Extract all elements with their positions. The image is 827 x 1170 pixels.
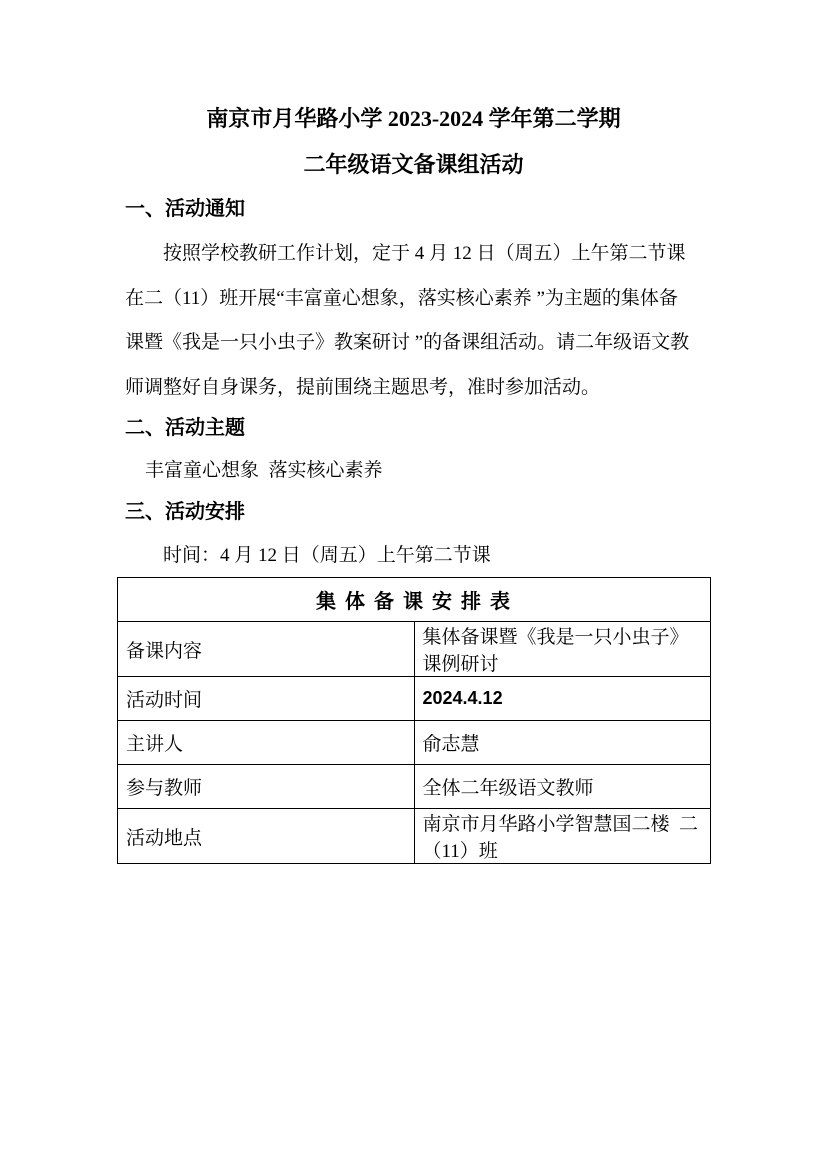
table-row: 参与教师 全体二年级语文教师	[118, 765, 711, 809]
table-row: 主讲人 俞志慧	[118, 721, 711, 765]
row-label: 参与教师	[118, 765, 415, 809]
row-value: 全体二年级语文教师	[414, 765, 711, 809]
row-value: 集体备课暨《我是一只小虫子》课例研讨	[414, 622, 711, 677]
document-page: 南京市月华路小学 2023-2024 学年第二学期 二年级语文备课组活动 一、活…	[0, 0, 827, 1170]
row-label: 主讲人	[118, 721, 415, 765]
theme-text: 丰富童心想象 落实核心素养	[145, 455, 383, 482]
row-label: 备课内容	[118, 622, 415, 677]
section-heading-theme: 二、活动主题	[125, 416, 245, 440]
row-value: 南京市月华路小学智慧国二楼 二（11）班	[414, 809, 711, 864]
section-heading-notice: 一、活动通知	[125, 197, 245, 221]
document-title-line2: 二年级语文备课组活动	[0, 152, 827, 178]
schedule-time: 时间：4 月 12 日（周五）上午第二节课	[163, 540, 491, 567]
table-title-row: 集 体 备 课 安 排 表	[118, 578, 711, 622]
row-label: 活动时间	[118, 677, 415, 721]
paragraph-line: 按照学校教研工作计划，定于 4 月 12 日（周五）上午第二节课	[125, 232, 717, 277]
row-label: 活动地点	[118, 809, 415, 864]
table-row: 活动时间 2024.4.12	[118, 677, 711, 721]
table-title: 集 体 备 课 安 排 表	[118, 578, 711, 622]
paragraph-line: 在二（11）班开展“丰富童心想象，落实核心素养 ”为主题的集体备	[125, 277, 717, 322]
section-heading-schedule: 三、活动安排	[125, 500, 245, 524]
row-value: 2024.4.12	[414, 677, 711, 721]
paragraph-line: 师调整好自身课务，提前围绕主题思考，准时参加活动。	[125, 366, 717, 411]
table-row: 备课内容 集体备课暨《我是一只小虫子》课例研讨	[118, 622, 711, 677]
schedule-table: 集 体 备 课 安 排 表 备课内容 集体备课暨《我是一只小虫子》课例研讨 活动…	[117, 577, 711, 864]
table-row: 活动地点 南京市月华路小学智慧国二楼 二（11）班	[118, 809, 711, 864]
document-title-line1: 南京市月华路小学 2023-2024 学年第二学期	[0, 106, 827, 132]
notice-paragraph: 按照学校教研工作计划，定于 4 月 12 日（周五）上午第二节课 在二（11）班…	[125, 232, 717, 410]
row-value: 俞志慧	[414, 721, 711, 765]
paragraph-line: 课暨《我是一只小虫子》教案研讨 ”的备课组活动。请二年级语文教	[125, 321, 717, 366]
